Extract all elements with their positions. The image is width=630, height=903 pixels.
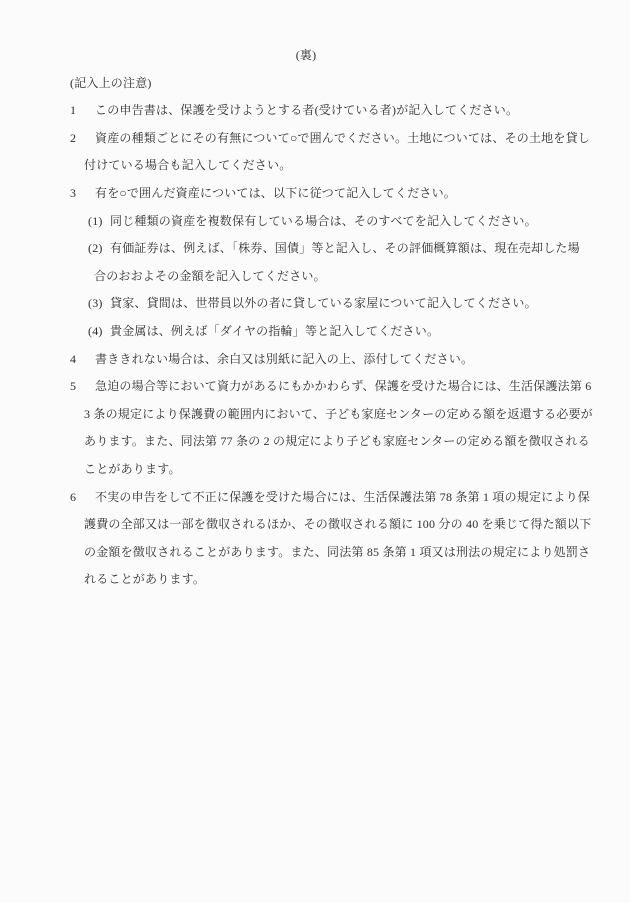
note-line-continuation: ことがあります。 bbox=[0, 456, 630, 484]
note-line-continuation: 3 条の規定により保護費の範囲内において、子ども家庭センターの定める額を返還する… bbox=[0, 401, 630, 429]
note-marker: 1 bbox=[70, 97, 95, 125]
notes-heading-text: (記入上の注意) bbox=[70, 76, 152, 90]
note-marker: (4) bbox=[88, 318, 110, 346]
note-text: 有価証券は、例えば、「株券、国債」等と記入し、その評価概算額は、現在売却した場 bbox=[110, 241, 580, 255]
note-text: ことがあります。 bbox=[84, 462, 181, 476]
note-line: 5急迫の場合等において資力があるにもかかわらず、保護を受けた場合には、生活保護法… bbox=[0, 373, 630, 401]
note-marker: 4 bbox=[70, 346, 95, 374]
note-marker: (2) bbox=[88, 235, 110, 263]
note-text: 急迫の場合等において資力があるにもかかわらず、保護を受けた場合には、生活保護法第… bbox=[95, 379, 591, 393]
note-line-continuation: あります。また、同法第 77 条の 2 の規定により子ども家庭センターの定める額… bbox=[0, 428, 630, 456]
note-line: 3有を○で囲んだ資産については、以下に従つて記入してください。 bbox=[0, 180, 630, 208]
note-line-continuation: れることがあります。 bbox=[0, 566, 630, 594]
notes-heading: (記入上の注意) bbox=[0, 70, 630, 98]
notes-list: 1この申告書は、保護を受けようとする者(受けている者)が記入してください。2資産… bbox=[0, 97, 630, 594]
note-line: (4)貴金属は、例えば「ダイヤの指輪」等と記入してください。 bbox=[0, 318, 630, 346]
note-text: あります。また、同法第 77 条の 2 の規定により子ども家庭センターの定める額… bbox=[84, 434, 590, 448]
note-line-continuation: 合のおおよその金額を記入してください。 bbox=[0, 263, 630, 291]
note-text: 貴金属は、例えば「ダイヤの指輪」等と記入してください。 bbox=[110, 324, 439, 338]
page-side-label: (裏) bbox=[0, 42, 621, 70]
note-text: 不実の申告をして不正に保護を受けた場合には、生活保護法第 78 条第 1 項の規… bbox=[95, 490, 590, 504]
note-text: の金額を徴収されることがあります。また、同法第 85 条第 1 項又は刑法の規定… bbox=[84, 545, 590, 559]
note-line: (1)同じ種類の資産を複数保有している場合は、そのすべてを記入してください。 bbox=[0, 208, 630, 236]
note-line: (2)有価証券は、例えば、「株券、国債」等と記入し、その評価概算額は、現在売却し… bbox=[0, 235, 630, 263]
page-side-label-text: (裏) bbox=[296, 48, 317, 62]
note-text: 同じ種類の資産を複数保有している場合は、そのすべてを記入してください。 bbox=[110, 214, 537, 228]
note-line: 4書ききれない場合は、余白又は別紙に記入の上、添付してください。 bbox=[0, 346, 630, 374]
note-text: れることがあります。 bbox=[84, 572, 205, 586]
note-line-continuation: の金額を徴収されることがあります。また、同法第 85 条第 1 項又は刑法の規定… bbox=[0, 539, 630, 567]
note-line: 2資産の種類ごとにその有無について○で囲んでください。土地については、その土地を… bbox=[0, 125, 630, 153]
note-line: 6不実の申告をして不正に保護を受けた場合には、生活保護法第 78 条第 1 項の… bbox=[0, 484, 630, 512]
note-marker: 3 bbox=[70, 180, 95, 208]
note-marker: 6 bbox=[70, 484, 95, 512]
note-marker: (1) bbox=[88, 208, 110, 236]
note-text: 合のおおよその金額を記入してください。 bbox=[94, 269, 326, 283]
note-text: 付けている場合も記入してください。 bbox=[84, 158, 291, 172]
note-line: (3)貸家、貸間は、世帯員以外の者に貸している家屋について記入してください。 bbox=[0, 290, 630, 318]
note-line: 1この申告書は、保護を受けようとする者(受けている者)が記入してください。 bbox=[0, 97, 630, 125]
note-text: 有を○で囲んだ資産については、以下に従つて記入してください。 bbox=[95, 186, 456, 200]
note-text: 書ききれない場合は、余白又は別紙に記入の上、添付してください。 bbox=[95, 352, 473, 366]
note-text: 護費の全部又は一部を徴収されるほか、その徴収される額に 100 分の 40 を乗… bbox=[84, 517, 591, 531]
note-text: この申告書は、保護を受けようとする者(受けている者)が記入してください。 bbox=[95, 103, 518, 117]
note-marker: (3) bbox=[88, 290, 110, 318]
note-text: 貸家、貸間は、世帯員以外の者に貸している家屋について記入してください。 bbox=[110, 296, 537, 310]
note-line-continuation: 護費の全部又は一部を徴収されるほか、その徴収される額に 100 分の 40 を乗… bbox=[0, 511, 630, 539]
note-marker: 5 bbox=[70, 373, 95, 401]
note-text: 3 条の規定により保護費の範囲内において、子ども家庭センターの定める額を返還する… bbox=[84, 407, 593, 421]
note-marker: 2 bbox=[70, 125, 95, 153]
note-line-continuation: 付けている場合も記入してください。 bbox=[0, 152, 630, 180]
document-page: (裏) (記入上の注意) 1この申告書は、保護を受けようとする者(受けている者)… bbox=[0, 0, 630, 903]
note-text: 資産の種類ごとにその有無について○で囲んでください。土地については、その土地を貸… bbox=[95, 131, 590, 145]
